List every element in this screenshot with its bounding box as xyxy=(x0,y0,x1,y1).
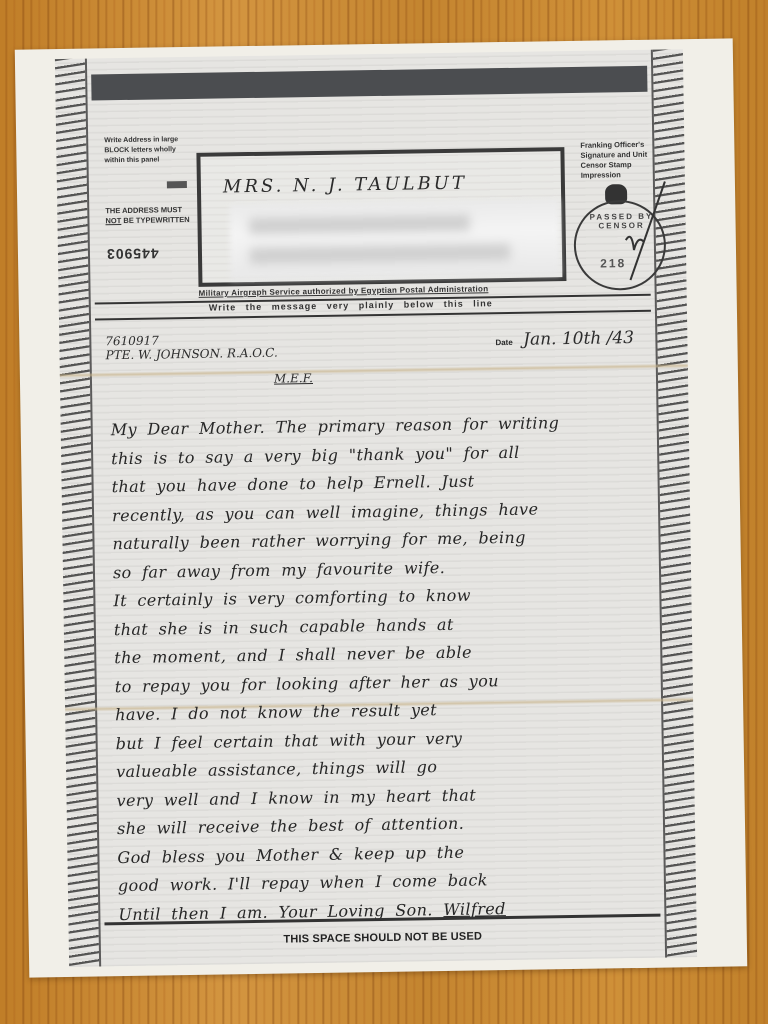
fold-crease xyxy=(60,363,688,378)
warning-not: NOT xyxy=(105,216,121,225)
printer-mark xyxy=(167,181,187,188)
officer-signature-icon xyxy=(617,179,669,290)
sender-block: 7610917 PTE. W. JOHNSON. R.A.O.C. M.E.F. xyxy=(105,332,278,363)
warning-suffix: BE TYPEWRITTEN xyxy=(123,215,189,225)
redacted-address xyxy=(229,199,560,280)
bottom-notice: THIS SPACE SHOULD NOT BE USED xyxy=(69,927,697,949)
serial-number: 445903 xyxy=(106,245,159,262)
message-divider xyxy=(95,310,651,321)
date-label: Date xyxy=(495,338,512,347)
address-hint: Write Address in large BLOCK letters who… xyxy=(104,135,184,166)
address-warning: THE ADDRESS MUST NOT BE TYPEWRITTEN xyxy=(105,205,195,226)
header-bar xyxy=(91,66,647,101)
airgraph-print: Write Address in large BLOCK letters who… xyxy=(55,49,697,967)
sender-name: PTE. W. JOHNSON. R.A.O.C. xyxy=(105,346,277,363)
date-value: Jan. 10th /43 xyxy=(523,328,634,350)
date-field: Date Jan. 10th /43 xyxy=(495,328,634,350)
warning-prefix: THE ADDRESS MUST xyxy=(105,205,182,215)
address-panel: MRS. N. J. TAULBUT xyxy=(196,147,566,287)
recipient-name: MRS. N. J. TAULBUT xyxy=(223,173,467,198)
airgraph-letter: Write Address in large BLOCK letters who… xyxy=(15,38,747,977)
franking-label: Franking Officer's Signature and Unit Ce… xyxy=(580,139,671,180)
letter-body: My Dear Mother. The primary reason for w… xyxy=(111,407,725,929)
